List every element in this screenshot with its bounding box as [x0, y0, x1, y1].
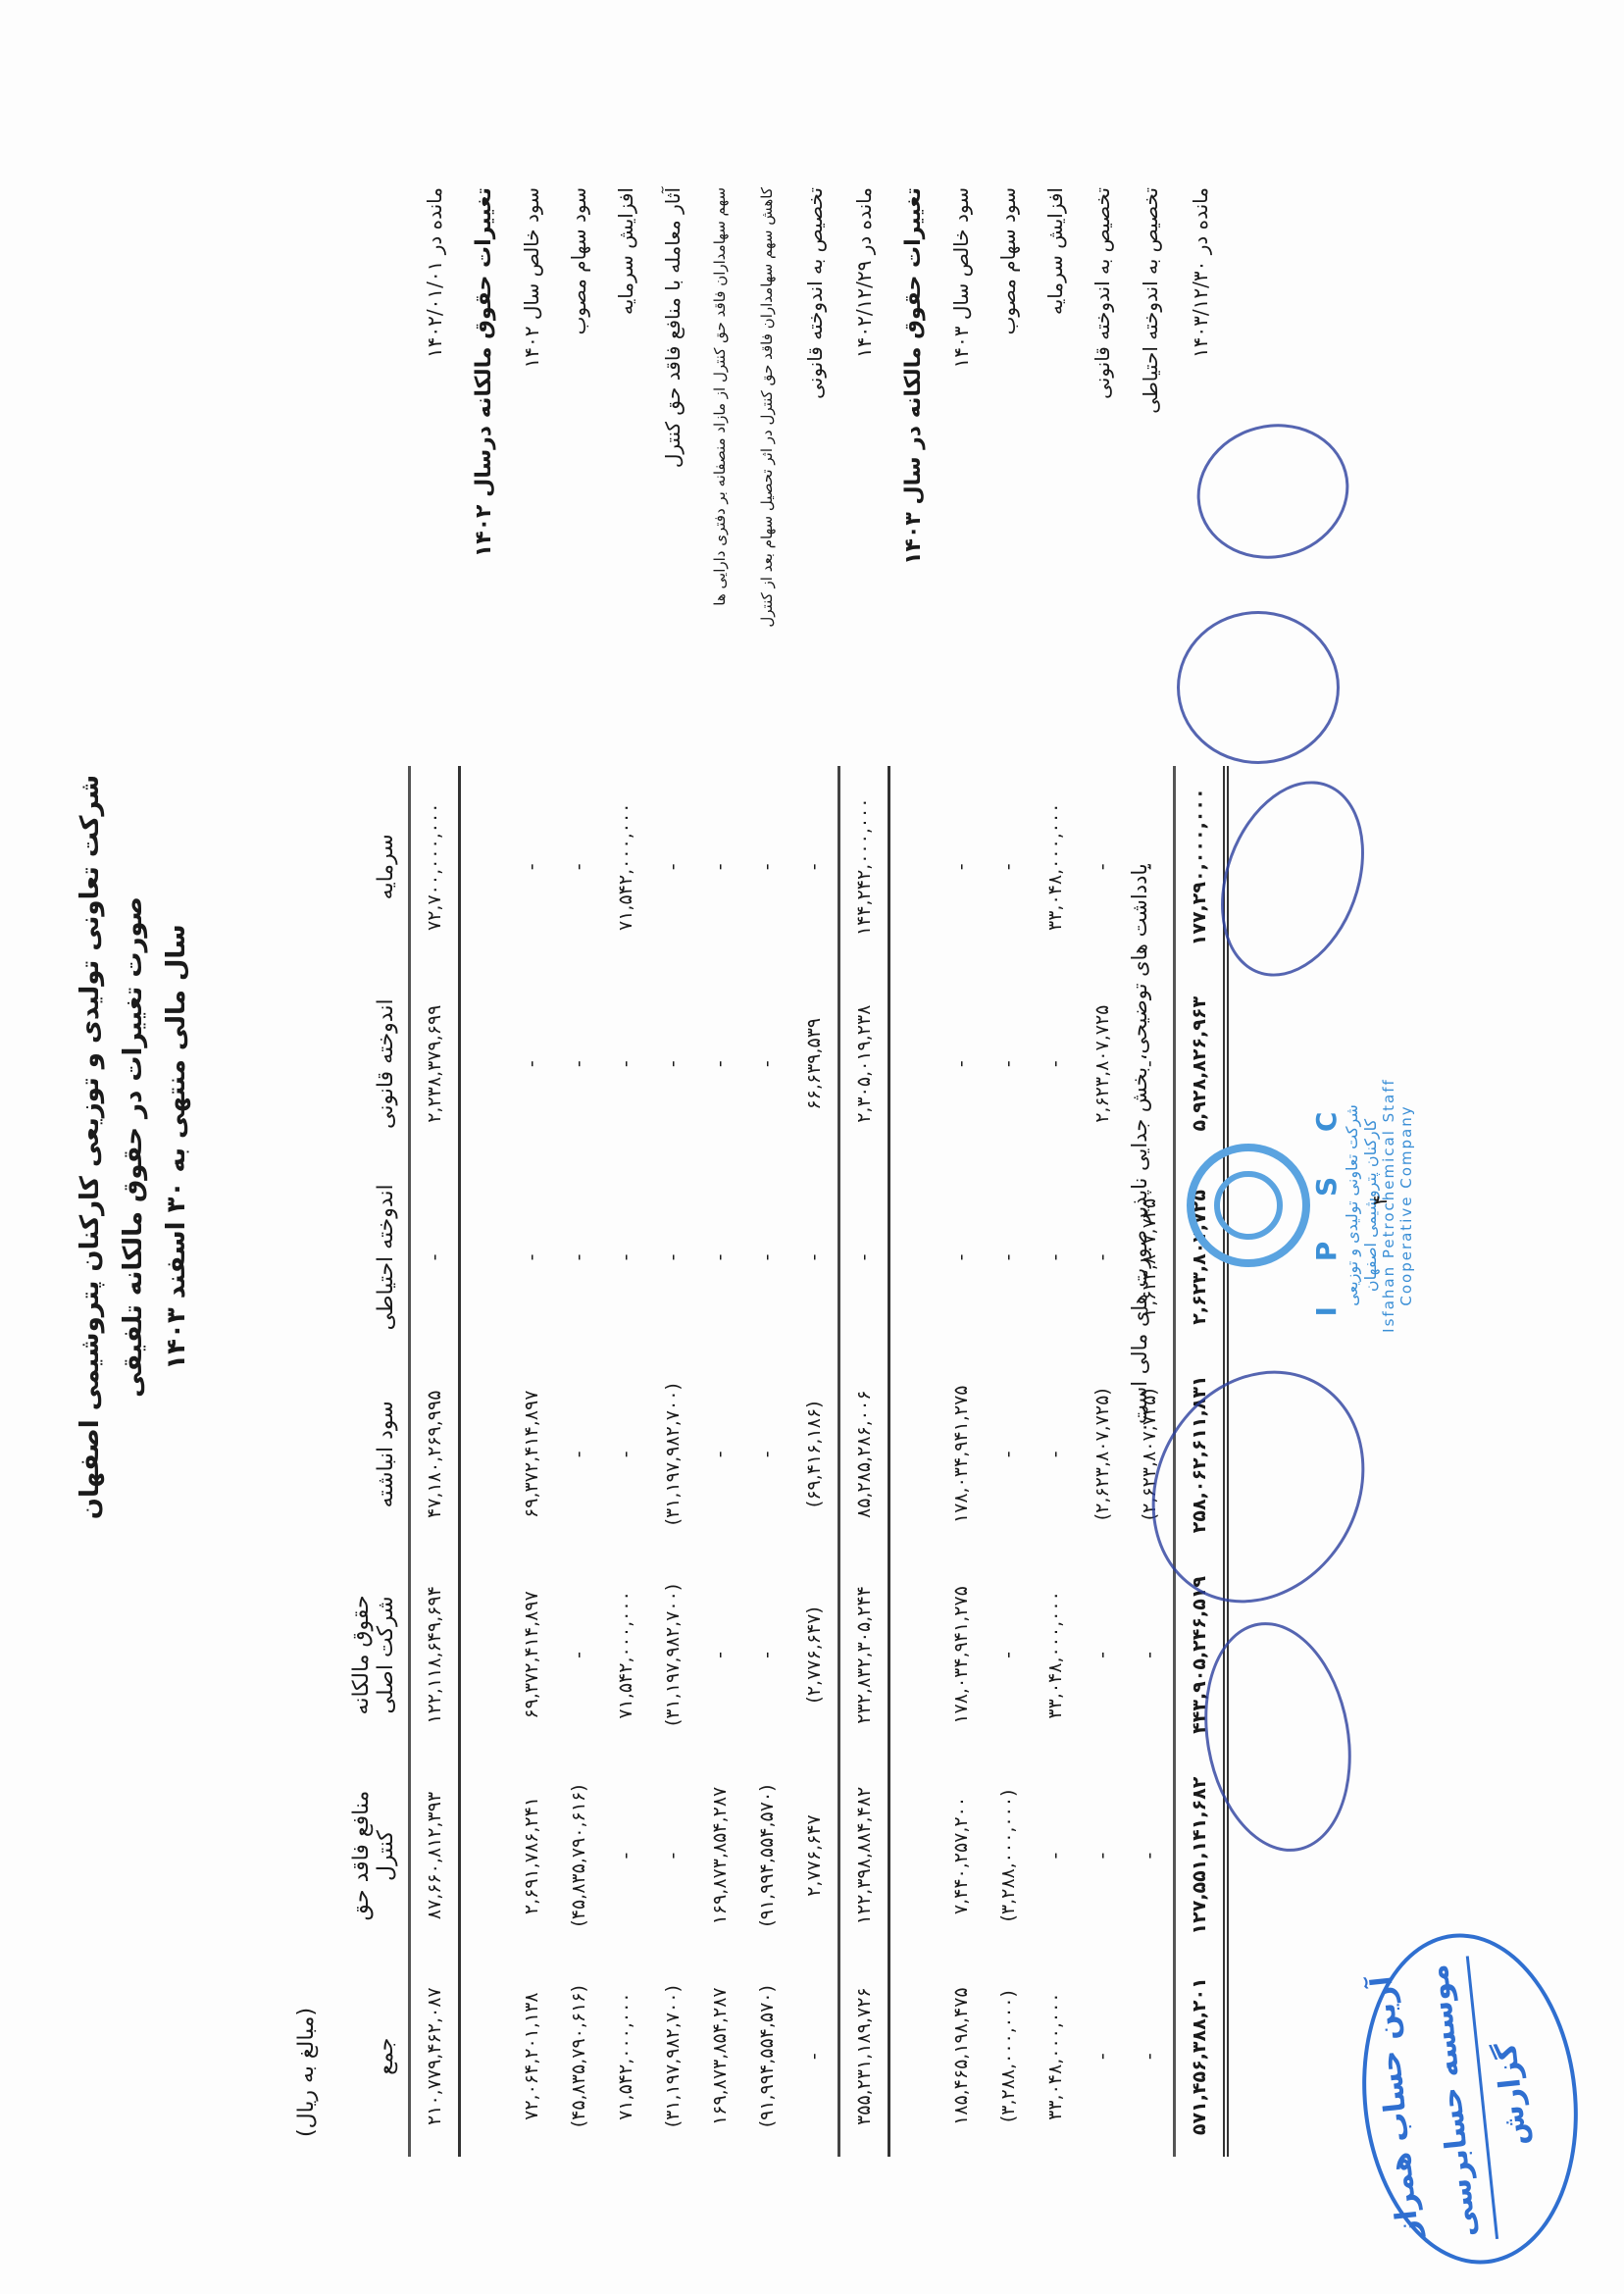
- value-cell: ۲۳۲,۸۳۲,۳۰۵,۲۴۴: [839, 1555, 889, 1756]
- value-cell: -: [1079, 1756, 1126, 1957]
- value-cell: [889, 1956, 939, 2157]
- company-logo: I P S C شرکت تعاونی تولیدی و توزیعی کارک…: [1187, 1058, 1383, 1352]
- value-cell: -: [649, 767, 696, 968]
- row-label: تغییرات حقوق مالکانه درسال ۱۴۰۲: [460, 176, 509, 767]
- value-cell: (۲,۶۲۳,۸۰۷,۷۲۵): [1079, 1353, 1126, 1555]
- table-header-row: سرمایه اندوخته قانونی اندوخته احتیاطی سو…: [343, 176, 410, 2157]
- row-label: سهم سهامداران فاقد حق کنترل از مازاد منص…: [696, 176, 743, 767]
- value-cell: -: [743, 1160, 790, 1353]
- header-cell: اندوخته احتیاطی: [343, 1160, 410, 1353]
- value-cell: -: [985, 1353, 1032, 1555]
- value-cell: ۷۲,۰۶۴,۲۰۱,۱۳۸: [508, 1956, 555, 2157]
- value-cell: -: [555, 1555, 602, 1756]
- value-cell: (۳۱,۱۹۷,۹۸۲,۷۰۰): [649, 1555, 696, 1756]
- value-cell: ۲,۷۷۶,۶۴۷: [790, 1756, 839, 1957]
- value-cell: -: [743, 1353, 790, 1555]
- value-cell: -: [790, 1160, 839, 1353]
- page-number: ۴: [1368, 1195, 1392, 1205]
- value-cell: -: [1032, 1160, 1079, 1353]
- value-cell: ۳۳,۰۴۸,۰۰۰,۰۰۰: [1032, 1555, 1079, 1756]
- value-cell: -: [649, 1756, 696, 1957]
- value-cell: [460, 1555, 509, 1756]
- table-row: سود خالص سال ۱۴۰۲---۶۹,۳۷۲,۴۱۴,۸۹۷۶۹,۳۷۲…: [508, 176, 555, 2157]
- row-label: سود سهام مصوب: [555, 176, 602, 767]
- company-name: شرکت تعاونی تولیدی و توزیعی کارکنان پترو…: [69, 0, 112, 2294]
- value-cell: ۶۹,۳۷۲,۴۱۴,۸۹۷: [508, 1555, 555, 1756]
- value-cell: (۹۱,۹۹۴,۵۵۴,۵۷۰): [743, 1756, 790, 1957]
- value-cell: -: [508, 1160, 555, 1353]
- value-cell: (۳۱,۱۹۷,۹۸۲,۷۰۰): [649, 1353, 696, 1555]
- value-cell: ۲۱۰,۷۷۹,۴۶۲,۰۸۷: [410, 1956, 460, 2157]
- value-cell: -: [985, 1555, 1032, 1756]
- table-row: مانده در ۱۴۰۲/۰۱/۰۱۷۲,۷۰۰,۰۰۰,۰۰۰۲,۲۳۸,۳…: [410, 176, 460, 2157]
- value-cell: -: [1032, 967, 1079, 1160]
- table-row: سهم سهامداران فاقد حق کنترل از مازاد منص…: [696, 176, 743, 2157]
- table-row: مانده در ۱۴۰۲/۱۲/۲۹۱۴۴,۲۴۲,۰۰۰,۰۰۰۲,۳۰۵,…: [839, 176, 889, 2157]
- value-cell: ۷۱,۵۴۲,۰۰۰,۰۰۰: [602, 1956, 649, 2157]
- value-cell: ۸۷,۶۶۰,۸۱۲,۳۹۳: [410, 1756, 460, 1957]
- header-cell: سود انباشته: [343, 1353, 410, 1555]
- row-label: سود سهام مصوب: [985, 176, 1032, 767]
- value-cell: ۵۷۱,۴۵۶,۳۸۸,۲۰۱: [1175, 1956, 1227, 2157]
- value-cell: ۷۲,۷۰۰,۰۰۰,۰۰۰: [410, 767, 460, 968]
- value-cell: -: [649, 1160, 696, 1353]
- value-cell: -: [743, 1555, 790, 1756]
- value-cell: (۶۹,۴۱۶,۱۸۶): [790, 1353, 839, 1555]
- value-cell: -: [602, 1353, 649, 1555]
- value-cell: -: [410, 1160, 460, 1353]
- value-cell: -: [938, 767, 985, 968]
- table-row: سود خالص سال ۱۴۰۳---۱۷۸,۰۳۴,۹۴۱,۲۷۵۱۷۸,۰…: [938, 176, 985, 2157]
- value-cell: ۷,۴۴۰,۲۵۷,۲۰۰: [938, 1756, 985, 1957]
- value-cell: (۳,۲۸۸,۰۰۰,۰۰۰): [985, 1956, 1032, 2157]
- value-cell: (۹۱,۹۹۴,۵۵۴,۵۷۰): [743, 1956, 790, 2157]
- table-row: تخصیص به اندوخته قانونی-۶۶,۶۳۹,۵۳۹-(۶۹,۴…: [790, 176, 839, 2157]
- value-cell: ۲,۲۳۸,۳۷۹,۶۹۹: [410, 967, 460, 1160]
- value-cell: ۱۷۷,۲۹۰,۰۰۰,۰۰۰: [1175, 767, 1227, 968]
- value-cell: -: [743, 767, 790, 968]
- row-label: تخصیص به اندوخته قانونی: [1079, 176, 1126, 767]
- value-cell: -: [1079, 1555, 1126, 1756]
- value-cell: [889, 767, 939, 968]
- header-cell: جمع: [343, 1956, 410, 2157]
- row-label: آثار معامله با منافع فاقد حق کنترل: [649, 176, 696, 767]
- row-label: مانده در ۱۴۰۲/۰۱/۰۱: [410, 176, 460, 767]
- value-cell: -: [602, 1756, 649, 1957]
- value-cell: -: [508, 967, 555, 1160]
- value-cell: -: [555, 1160, 602, 1353]
- value-cell: ۸۵,۲۸۵,۲۸۶,۰۰۶: [839, 1353, 889, 1555]
- value-cell: [889, 1353, 939, 1555]
- value-cell: -: [790, 1956, 839, 2157]
- value-cell: -: [1032, 1756, 1079, 1957]
- table-row: افزایش سرمایه۷۱,۵۴۲,۰۰۰,۰۰۰---۷۱,۵۴۲,۰۰۰…: [602, 176, 649, 2157]
- value-cell: [460, 767, 509, 968]
- value-cell: [889, 1555, 939, 1756]
- value-cell: ۶۹,۳۷۲,۴۱۴,۸۹۷: [508, 1353, 555, 1555]
- table-row: کاهش سهم سهامداران فاقد حق کنترل در اثر …: [743, 176, 790, 2157]
- value-cell: -: [938, 967, 985, 1160]
- value-cell: ۱۸۵,۴۶۵,۱۹۸,۴۷۵: [938, 1956, 985, 2157]
- value-cell: [889, 967, 939, 1160]
- logo-letters: I P S C: [1310, 1058, 1343, 1352]
- header-label: [343, 176, 410, 767]
- value-cell: -: [696, 767, 743, 968]
- logo-emblem-icon: [1187, 1144, 1310, 1267]
- value-cell: ۷۱,۵۴۲,۰۰۰,۰۰۰: [602, 767, 649, 968]
- value-cell: -: [696, 1160, 743, 1353]
- header-cell: اندوخته قانونی: [343, 967, 410, 1160]
- value-cell: (۲,۷۷۶,۶۴۷): [790, 1555, 839, 1756]
- value-cell: (۳,۲۸۸,۰۰۰,۰۰۰): [985, 1756, 1032, 1957]
- header-cell: منافع فاقد حق کنترل: [343, 1756, 410, 1957]
- value-cell: ۱۷۸,۰۳۴,۹۴۱,۲۷۵: [938, 1353, 985, 1555]
- value-cell: -: [938, 1160, 985, 1353]
- value-cell: -: [508, 767, 555, 968]
- value-cell: -: [790, 767, 839, 968]
- table-row: سود سهام مصوب-----(۳,۲۸۸,۰۰۰,۰۰۰)(۳,۲۸۸,…: [985, 176, 1032, 2157]
- value-cell: ۳۵۵,۲۳۱,۱۸۹,۷۲۶: [839, 1956, 889, 2157]
- value-cell: ۷۱,۵۴۲,۰۰۰,۰۰۰: [602, 1555, 649, 1756]
- value-cell: [460, 1160, 509, 1353]
- value-cell: -: [1079, 1956, 1126, 2157]
- document-titles: شرکت تعاونی تولیدی و توزیعی کارکنان پترو…: [69, 0, 198, 2294]
- table-row: تغییرات حقوق مالکانه درسال ۱۴۰۲: [460, 176, 509, 2157]
- value-cell: -: [649, 967, 696, 1160]
- value-cell: ۱۲۲,۱۱۸,۶۴۹,۶۹۴: [410, 1555, 460, 1756]
- equity-changes-table: سرمایه اندوخته قانونی اندوخته احتیاطی سو…: [343, 176, 1229, 2157]
- value-cell: -: [985, 967, 1032, 1160]
- value-cell: -: [696, 1555, 743, 1756]
- value-cell: ۳۳,۰۴۸,۰۰۰,۰۰۰: [1032, 767, 1079, 968]
- row-label: کاهش سهم سهامداران فاقد حق کنترل در اثر …: [743, 176, 790, 767]
- value-cell: [460, 967, 509, 1160]
- value-cell: (۴۵,۸۳۵,۷۹۰,۶۱۶): [555, 1756, 602, 1957]
- value-cell: ۲,۶۹۱,۷۸۶,۲۴۱: [508, 1756, 555, 1957]
- value-cell: -: [602, 1160, 649, 1353]
- value-cell: ۱۶۹,۸۷۳,۸۵۴,۲۸۷: [696, 1956, 743, 2157]
- header-cell: سرمایه: [343, 767, 410, 968]
- logo-fa-line2: کارکنان پتروشیمی اصفهان: [1361, 1058, 1380, 1352]
- value-cell: -: [1079, 1160, 1126, 1353]
- value-cell: [460, 1956, 509, 2157]
- value-cell: -: [839, 1160, 889, 1353]
- header-cell: حقوق مالکانه شرکت اصلی: [343, 1555, 410, 1756]
- signature-mark: [1177, 611, 1340, 764]
- value-cell: [889, 1160, 939, 1353]
- financial-statement-page: شرکت تعاونی تولیدی و توزیعی کارکنان پترو…: [0, 0, 1624, 2294]
- table-row: آثار معامله با منافع فاقد حق کنترل---(۳۱…: [649, 176, 696, 2157]
- value-cell: -: [696, 967, 743, 1160]
- value-cell: ۱۶۹,۸۷۳,۸۵۴,۲۸۷: [696, 1756, 743, 1957]
- currency-unit: (مبالغ به ریال): [294, 2008, 319, 2137]
- value-cell: -: [985, 1160, 1032, 1353]
- value-cell: -: [1032, 1353, 1079, 1555]
- value-cell: -: [555, 767, 602, 968]
- logo-en-line1: Isfahan Petrochemical Staff: [1380, 1058, 1397, 1352]
- logo-fa-line1: شرکت تعاونی تولیدی و توزیعی: [1343, 1058, 1361, 1352]
- value-cell: -: [602, 967, 649, 1160]
- value-cell: [460, 1353, 509, 1555]
- value-cell: (۴۵,۸۳۵,۷۹۰,۶۱۶): [555, 1956, 602, 2157]
- logo-en-line2: Cooperative Company: [1397, 1058, 1415, 1352]
- value-cell: -: [985, 767, 1032, 968]
- row-label: تغییرات حقوق مالکانه در سال ۱۴۰۳: [889, 176, 939, 767]
- row-label: تخصیص به اندوخته قانونی: [790, 176, 839, 767]
- value-cell: -: [555, 967, 602, 1160]
- row-label: افزایش سرمایه: [1032, 176, 1079, 767]
- value-cell: ۲,۶۲۳,۸۰۷,۷۲۵: [1079, 967, 1126, 1160]
- value-cell: ۳۳,۰۴۸,۰۰۰,۰۰۰: [1032, 1956, 1079, 2157]
- value-cell: ۱۴۴,۲۴۲,۰۰۰,۰۰۰: [839, 767, 889, 968]
- value-cell: (۳۱,۱۹۷,۹۸۲,۷۰۰): [649, 1956, 696, 2157]
- row-label: سود خالص سال ۱۴۰۳: [938, 176, 985, 767]
- table-row: سود سهام مصوب-----(۴۵,۸۳۵,۷۹۰,۶۱۶)(۴۵,۸۳…: [555, 176, 602, 2157]
- table-row: تخصیص به اندوخته قانونی-۲,۶۲۳,۸۰۷,۷۲۵-(۲…: [1079, 176, 1126, 2157]
- value-cell: -: [1079, 767, 1126, 968]
- row-label: مانده در ۱۴۰۲/۱۲/۲۹: [839, 176, 889, 767]
- period-title: سال مالی منتهی به ۳۰ اسفند ۱۴۰۳: [155, 0, 198, 2294]
- row-label: افزایش سرمایه: [602, 176, 649, 767]
- table-row: افزایش سرمایه۳۳,۰۴۸,۰۰۰,۰۰۰---۳۳,۰۴۸,۰۰۰…: [1032, 176, 1079, 2157]
- table-row: تغییرات حقوق مالکانه در سال ۱۴۰۳: [889, 176, 939, 2157]
- value-cell: ۶۶,۶۳۹,۵۳۹: [790, 967, 839, 1160]
- value-cell: ۱۲۲,۳۹۸,۸۸۴,۴۸۲: [839, 1756, 889, 1957]
- value-cell: -: [696, 1353, 743, 1555]
- value-cell: ۴۷,۱۸۰,۲۶۹,۹۹۵: [410, 1353, 460, 1555]
- value-cell: -: [555, 1353, 602, 1555]
- value-cell: -: [743, 967, 790, 1160]
- footnote: یادداشت های توضیحی، بخش جدایی ناپذیر صور…: [1128, 0, 1151, 2294]
- value-cell: ۲,۳۰۵,۰۱۹,۲۳۸: [839, 967, 889, 1160]
- value-cell: ۱۷۸,۰۳۴,۹۴۱,۲۷۵: [938, 1555, 985, 1756]
- auditor-stamp: آرین حساب همراز موسسه حسابرسی گزارش: [1346, 1923, 1594, 2275]
- row-label: سود خالص سال ۱۴۰۲: [508, 176, 555, 767]
- value-cell: [889, 1756, 939, 1957]
- value-cell: [460, 1756, 509, 1957]
- statement-title: صورت تغییرات در حقوق مالکانه تلفیقی: [112, 0, 155, 2294]
